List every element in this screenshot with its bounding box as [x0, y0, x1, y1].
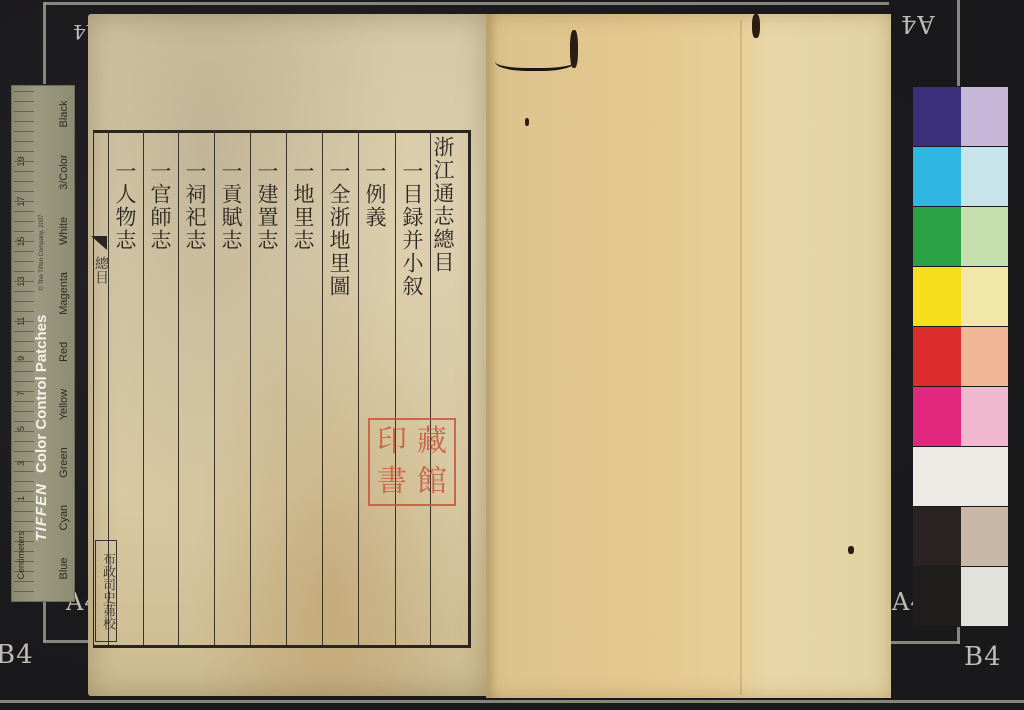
- color-label-cyan: Cyan: [58, 504, 70, 530]
- toc-entry-principles: 一例義: [358, 160, 392, 229]
- tiffen-color-control-strip: Centimeters 1 3 5 7 9 11 13 15 17 19 TIF…: [11, 85, 75, 602]
- color-checker-card: [913, 87, 1008, 627]
- patch-row-red: [913, 327, 1008, 387]
- guide-line-bottom-right: [880, 641, 960, 644]
- guide-line-left-lower: [43, 600, 46, 642]
- toc-entry-geography: 一地里志: [286, 160, 320, 252]
- color-label-3color: 3/Color: [58, 154, 70, 189]
- color-label-white: White: [58, 216, 70, 244]
- color-label-red: Red: [58, 341, 70, 361]
- red-seal-stamp: 印 藏 書 館: [368, 418, 456, 506]
- color-label-black: Black: [58, 100, 70, 127]
- patch-row-3color: [913, 507, 1008, 567]
- patch-3color-light: [961, 507, 1009, 566]
- toc-entry-taxes: 一貢賦志: [214, 160, 248, 252]
- toc-entry-biographies: 一人物志: [108, 160, 142, 252]
- ruler-number: 7: [16, 390, 26, 395]
- patch-3color: [913, 507, 961, 566]
- ruler-number: 1: [16, 495, 26, 500]
- worm-hole: [570, 30, 578, 68]
- ruler-number: 5: [16, 425, 26, 430]
- color-label-yellow: Yellow: [58, 388, 70, 419]
- cover-fold-line: [740, 20, 742, 695]
- seal-char: 書: [372, 467, 412, 497]
- worm-hole: [752, 14, 760, 38]
- strip-copyright: © The Tiffen Company, 2007: [39, 214, 45, 290]
- patch-black-light: [961, 567, 1009, 626]
- patch-white: [913, 447, 1008, 506]
- patch-green: [913, 207, 961, 266]
- patch-row-yellow: [913, 267, 1008, 327]
- ruler-number: 15: [16, 236, 26, 246]
- patch-green-light: [961, 207, 1009, 266]
- color-label-blue: Blue: [58, 557, 70, 579]
- seal-char: 藏: [412, 427, 452, 457]
- patch-cyan-light: [961, 147, 1009, 206]
- strip-color-labels: Blue Cyan Green Yellow Red Magenta White…: [58, 86, 70, 601]
- patch-violet: [913, 87, 961, 146]
- ruler-number: 19: [16, 156, 26, 166]
- units-label: Centimeters: [16, 530, 26, 579]
- toc-entry-contents: 一目録并小叙: [395, 160, 429, 298]
- book-title: 浙江通志總目: [426, 136, 460, 274]
- patch-magenta-light: [961, 387, 1009, 446]
- grid-label-bottom-right-b: B4: [964, 642, 1002, 672]
- tiffen-logo: TIFFEN: [33, 483, 50, 542]
- ruler-number: 11: [16, 316, 26, 325]
- toc-entry-temples: 一祠祀志: [178, 160, 212, 252]
- color-label-magenta: Magenta: [58, 271, 70, 314]
- patch-row-violet: [913, 87, 1008, 147]
- ruler-number: 13: [16, 276, 26, 286]
- patch-magenta: [913, 387, 961, 446]
- toc-entry-zhejiang-map: 一全浙地里圖: [322, 160, 356, 298]
- margin-title: 總目: [91, 256, 111, 284]
- seal-char: 館: [412, 467, 452, 497]
- toc-entry-establishments: 一建置志: [250, 160, 284, 252]
- worm-hole: [525, 118, 529, 126]
- guide-line-top: [44, 2, 889, 5]
- ruler-number: 9: [16, 355, 26, 360]
- book-right-cover: [486, 14, 891, 698]
- patch-cyan: [913, 147, 961, 206]
- worm-hole: [848, 546, 854, 554]
- grid-label-bottom-left-b: B4: [0, 640, 34, 670]
- grid-label-top-right: A4: [900, 10, 935, 38]
- patch-black: [913, 567, 961, 626]
- toc-entry-officials: 一官師志: [143, 160, 177, 252]
- guide-line-left: [43, 2, 46, 84]
- cover-tear: [495, 48, 575, 71]
- patch-row-green: [913, 207, 1008, 267]
- patch-row-black: [913, 567, 1008, 627]
- patch-row-white: [913, 447, 1008, 507]
- patch-violet-light: [961, 87, 1009, 146]
- color-label-green: Green: [58, 447, 70, 478]
- guide-line-bottom-left: [43, 640, 93, 643]
- patch-yellow-light: [961, 267, 1009, 326]
- colophon-cartouche: 布政司史茀校: [95, 540, 117, 642]
- patch-row-cyan: [913, 147, 1008, 207]
- ruler-number: 17: [16, 196, 26, 206]
- seal-char: 印: [372, 427, 412, 457]
- ruler-numbers: Centimeters 1 3 5 7 9 11 13 15 17 19: [16, 86, 26, 601]
- guide-line-bottom: [0, 700, 1024, 703]
- patch-row-magenta: [913, 387, 1008, 447]
- patch-red-light: [961, 327, 1009, 386]
- ruler-number: 3: [16, 460, 26, 465]
- patch-red: [913, 327, 961, 386]
- strip-title: Color Control Patches: [33, 314, 50, 472]
- guide-line-right-vertical: [957, 0, 960, 86]
- patch-yellow: [913, 267, 961, 326]
